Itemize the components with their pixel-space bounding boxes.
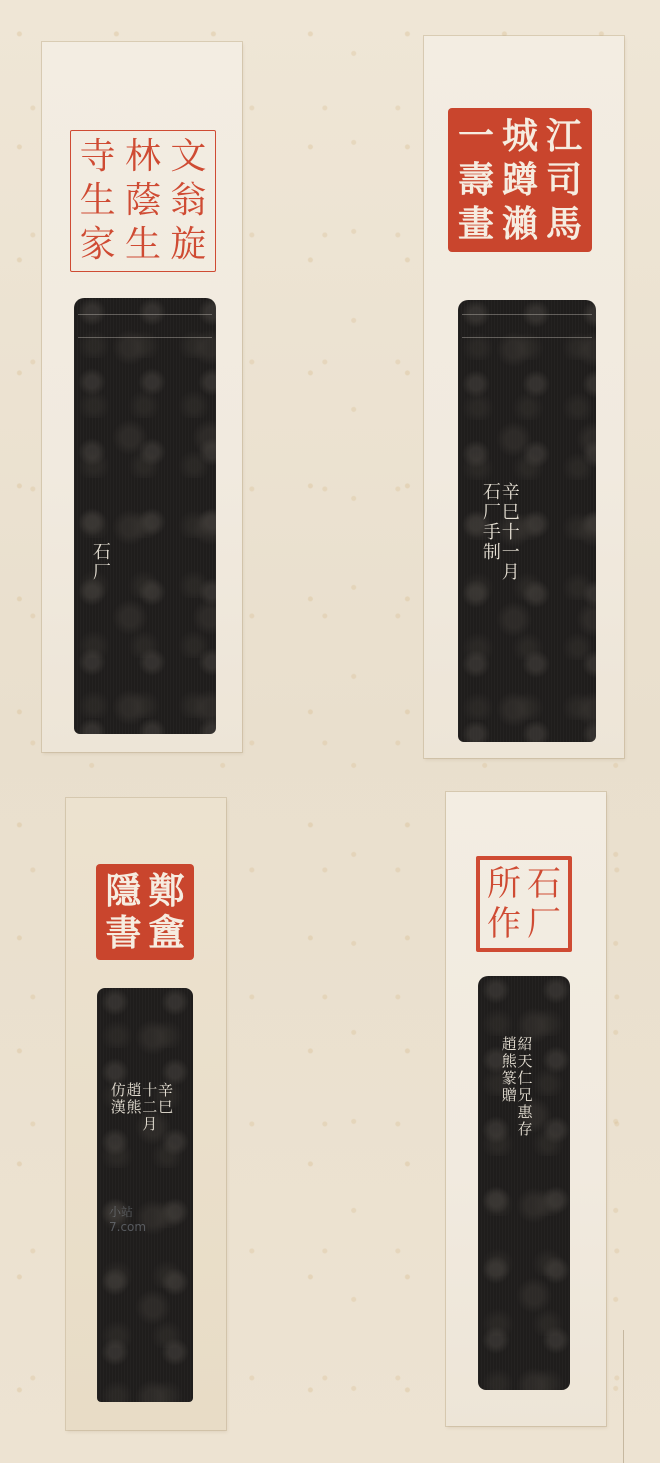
mount-strip-top-right: 江 司 馬 城 蹲 瀨 一 壽 畫 辛巳十一月 石厂手制 <box>424 36 624 758</box>
seal-char: 寺 <box>80 139 116 175</box>
rubbing-border-band <box>462 314 592 338</box>
seal-bottom-right: 石 厂 所 作 <box>476 856 572 952</box>
seal-char: 瀨 <box>502 206 538 242</box>
seal-char: 家 <box>80 227 116 263</box>
seal-char: 壽 <box>458 162 494 198</box>
seal-char: 翁 <box>170 183 206 219</box>
seal-char: 林 <box>125 139 161 175</box>
seal-char: 一 <box>458 118 494 154</box>
seal-char: 書 <box>106 915 142 951</box>
rubbing-inscription: 辛巳十一月 石厂手制 <box>480 482 518 582</box>
seal-char: 畫 <box>458 206 494 242</box>
rubbing-inscription: 石厂 <box>90 542 109 582</box>
seal-char: 城 <box>502 118 538 154</box>
seal-char: 厂 <box>527 907 561 941</box>
watermark-text: 小站 7.com <box>109 1203 146 1234</box>
seal-char: 生 <box>80 183 116 219</box>
seal-char: 蔭 <box>125 183 161 219</box>
seal-char: 隱 <box>106 873 142 909</box>
mount-strip-bottom-right: 石 厂 所 作 紹天仁兄惠存 趙熊篆贈 <box>446 792 606 1426</box>
mount-strip-bottom-left: 鄭 盦 隱 書 辛巳 十二月 趙熊 仿漢 小站 7.com <box>66 798 226 1430</box>
ink-rubbing-top-left: 石厂 <box>74 298 216 734</box>
seal-char: 所 <box>487 867 521 901</box>
seal-char: 馬 <box>546 206 582 242</box>
seal-char: 江 <box>546 118 582 154</box>
mount-strip-top-left: 文 翁 旋 林 蔭 生 寺 生 家 石厂 <box>42 42 242 752</box>
page-fold-line <box>623 1330 624 1463</box>
seal-char: 文 <box>170 139 206 175</box>
seal-char: 石 <box>527 867 561 901</box>
seal-char: 蹲 <box>502 162 538 198</box>
seal-char: 作 <box>487 907 521 941</box>
seal-char: 旋 <box>170 227 206 263</box>
seal-char: 生 <box>125 227 161 263</box>
seal-char: 司 <box>546 162 582 198</box>
seal-bottom-left: 鄭 盦 隱 書 <box>96 864 194 960</box>
ink-rubbing-top-right: 辛巳十一月 石厂手制 <box>458 300 596 742</box>
ink-rubbing-bottom-right: 紹天仁兄惠存 趙熊篆贈 <box>478 976 570 1390</box>
album-page: 文 翁 旋 林 蔭 生 寺 生 家 石厂 江 司 馬 城 蹲 瀨 一 壽 畫 <box>0 0 660 1463</box>
rubbing-border-band <box>78 314 212 338</box>
seal-top-right: 江 司 馬 城 蹲 瀨 一 壽 畫 <box>448 108 592 252</box>
seal-char: 盦 <box>149 915 185 951</box>
rubbing-inscription: 紹天仁兄惠存 趙熊篆贈 <box>500 1036 532 1138</box>
seal-char: 鄭 <box>149 873 185 909</box>
seal-top-left: 文 翁 旋 林 蔭 生 寺 生 家 <box>70 130 216 272</box>
rubbing-inscription: 辛巳 十二月 趙熊 仿漢 <box>109 1082 172 1133</box>
ink-rubbing-bottom-left: 辛巳 十二月 趙熊 仿漢 小站 7.com <box>97 988 193 1402</box>
